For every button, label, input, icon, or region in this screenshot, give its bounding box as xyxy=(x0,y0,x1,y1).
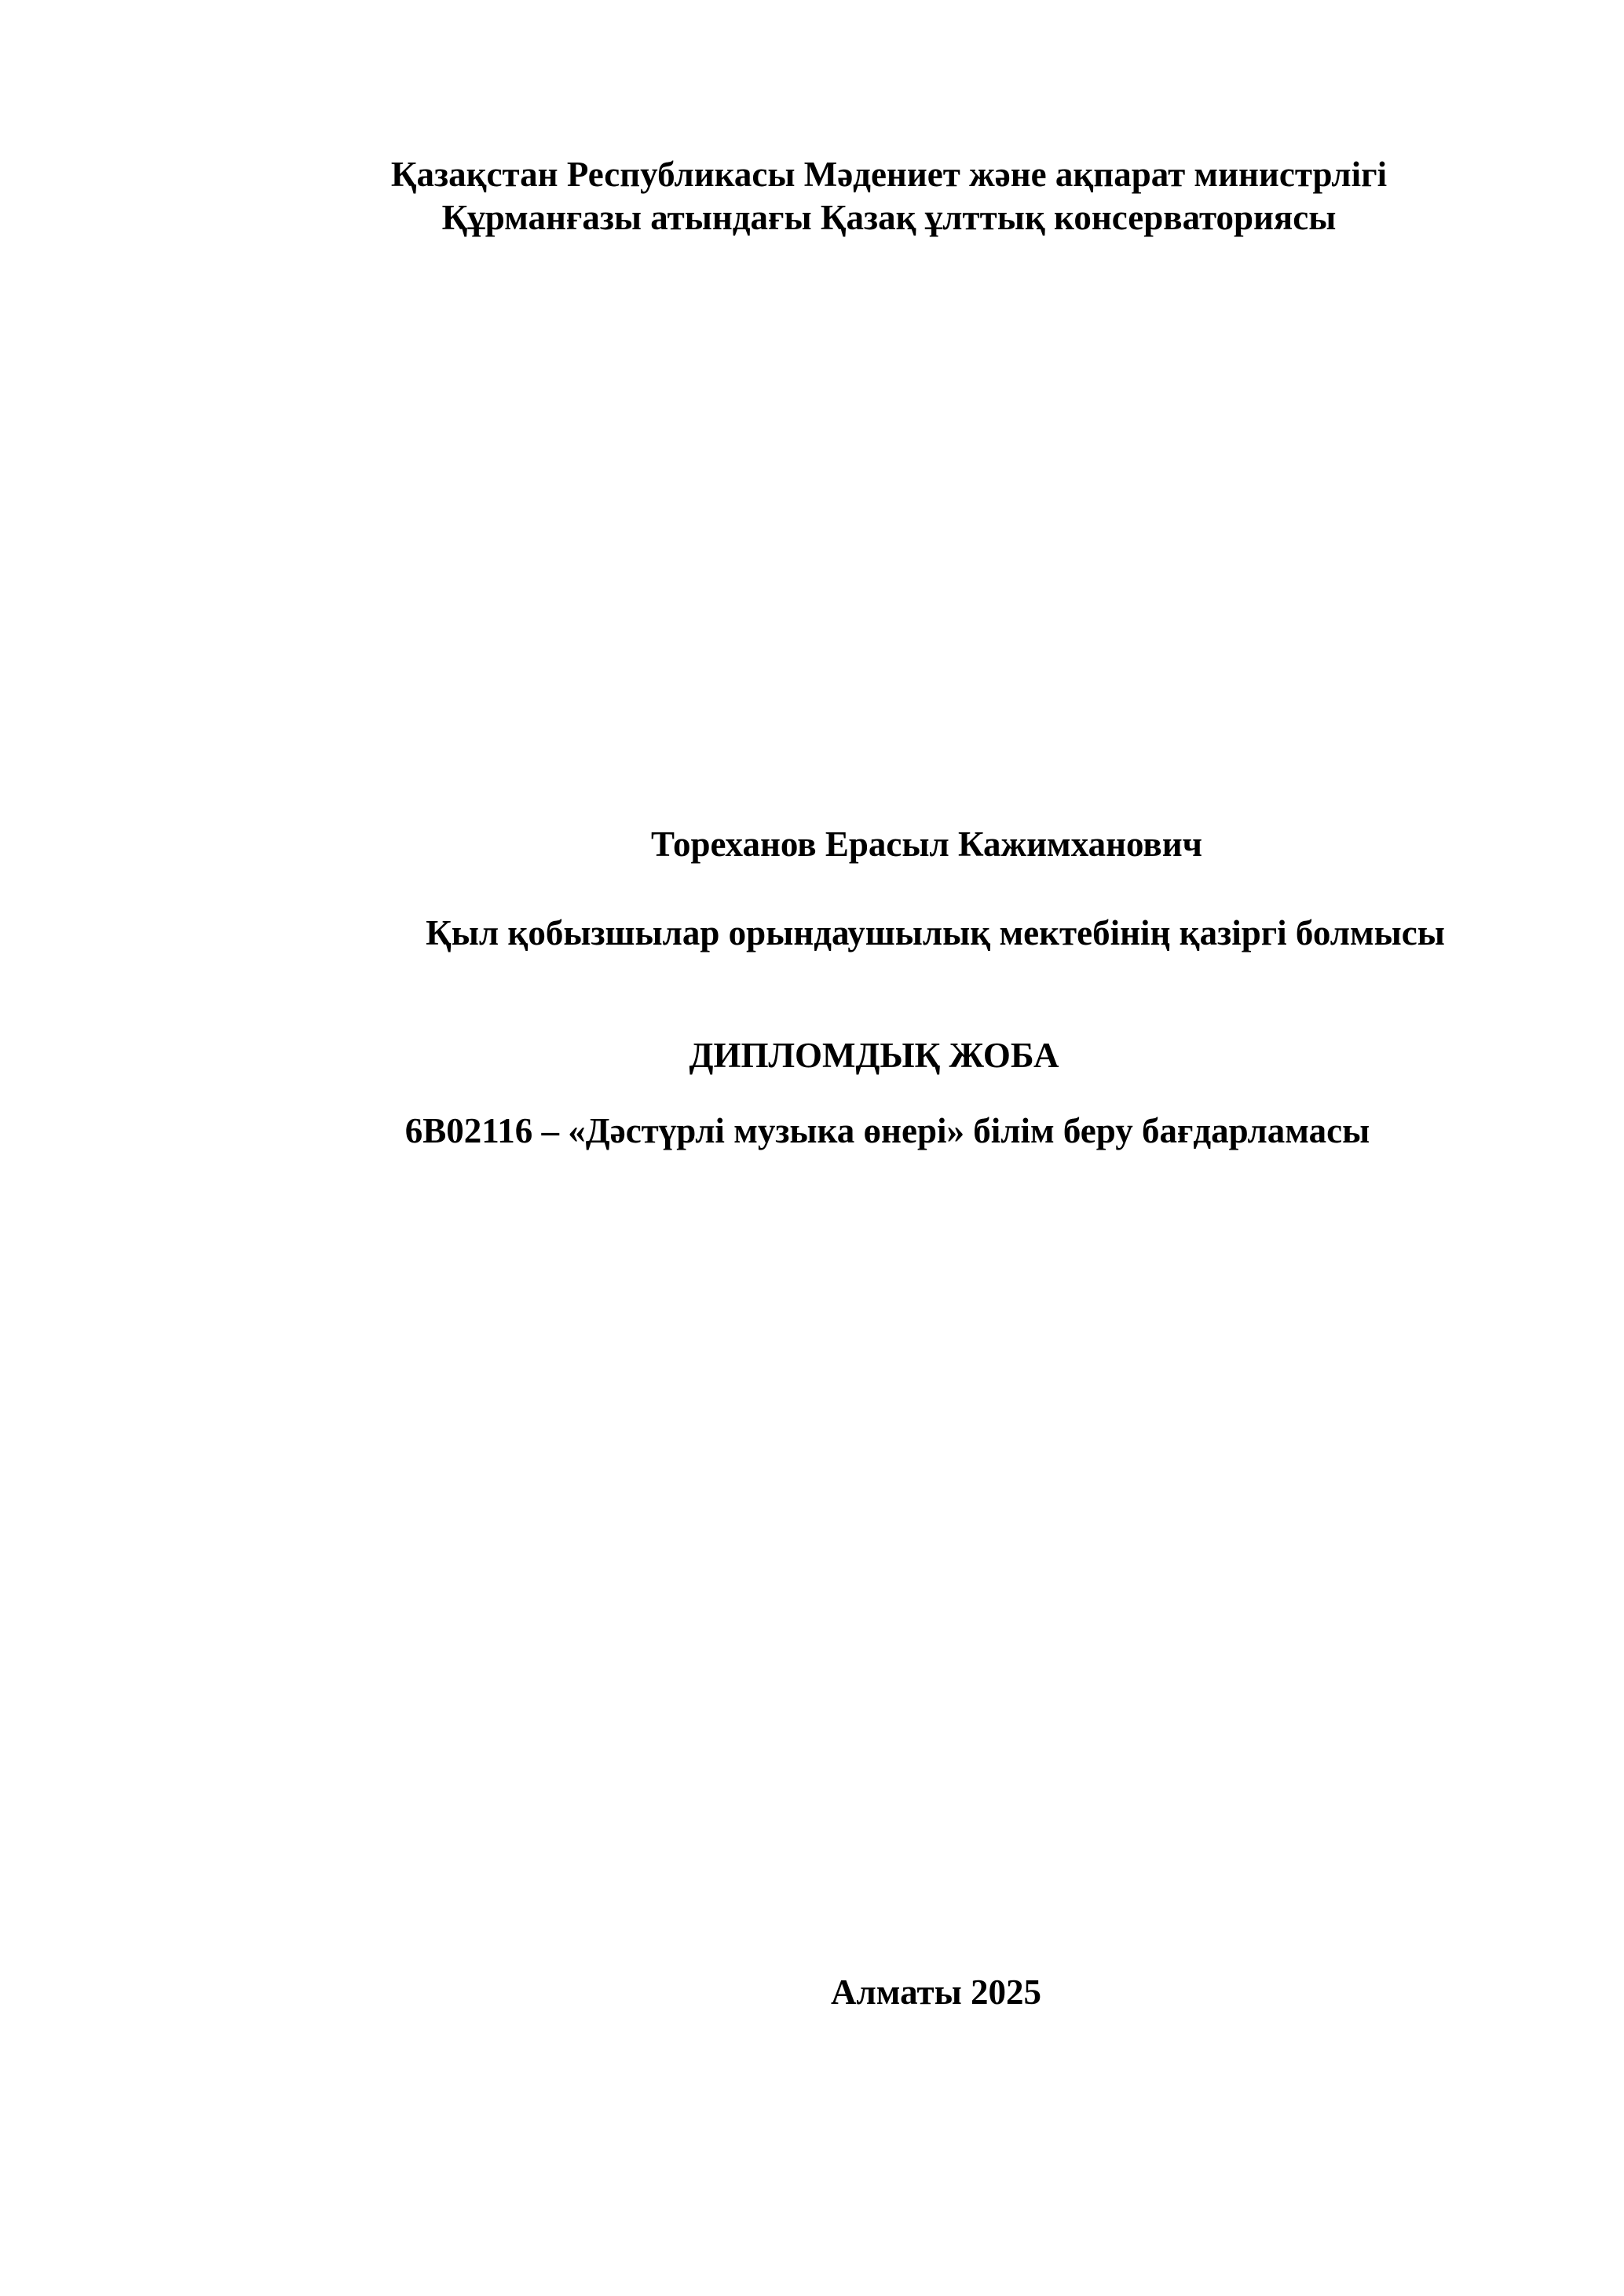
city-year: Алматы 2025 xyxy=(831,1975,1041,2010)
author-name: Тореханов Ерасыл Кажимханович xyxy=(651,827,1202,862)
document-type: ДИПЛОМДЫҚ ЖОБА xyxy=(689,1038,1059,1073)
education-program: 6В02116 – «Дәстүрлі музыка өнері» білім … xyxy=(405,1113,1370,1149)
thesis-title: Қыл қобызшылар орындаушылық мектебінің қ… xyxy=(426,916,1445,951)
institution-name: Құрманғазы атындағы Қазақ ұлттық консерв… xyxy=(442,200,1337,236)
ministry-name: Қазақстан Республикасы Мәдениет және ақп… xyxy=(391,157,1387,192)
